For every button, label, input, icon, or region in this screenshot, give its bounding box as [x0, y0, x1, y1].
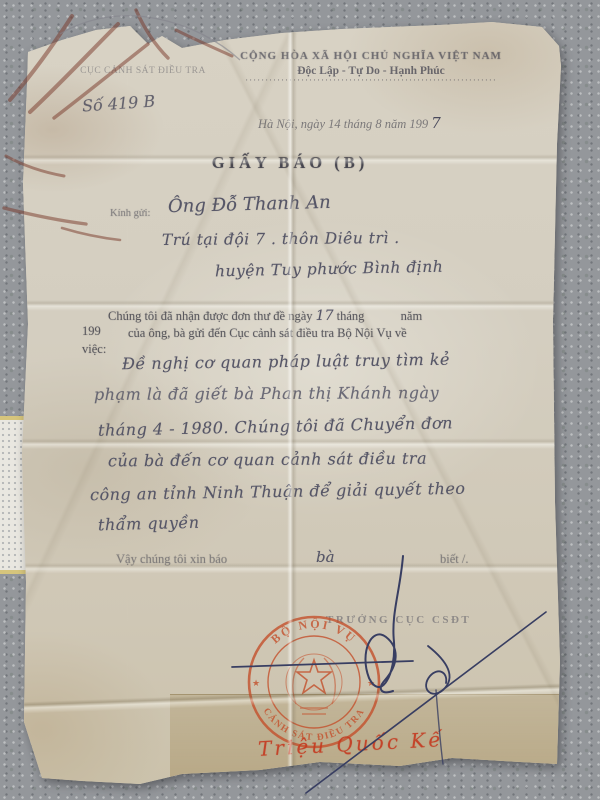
recipient-address-1: Trú tại đội 7 . thôn Diêu trì . [162, 229, 400, 249]
handwritten-line: tháng 4 - 1980. Chúng tôi đã Chuyển đơn [98, 413, 453, 439]
body-printed-line-2: của ông, bà gửi đến Cục cảnh sát điều tr… [128, 326, 407, 341]
handwritten-line: của bà đến cơ quan cảnh sát điều tra [108, 449, 427, 471]
document-number: Số 419 B [81, 91, 155, 115]
national-header: CỘNG HÒA XÃ HỘI CHỦ NGHĨA VIỆT NAM Độc L… [198, 50, 544, 85]
handwritten-line: thẩm quyền [98, 513, 200, 535]
divider-dots: ········································… [198, 75, 544, 85]
place-date-line: Hà Nội, ngày 14 tháng 8 năm 199 7 [258, 114, 441, 132]
closing-printed-1: Vậy chúng tôi xin báo [116, 552, 227, 567]
handwritten-line: công an tỉnh Ninh Thuận để giải quyết th… [90, 479, 466, 505]
stamp-star-right: ★ [367, 678, 375, 688]
body-margin-199: 199 [82, 324, 101, 339]
body-margin-viec: việc: [82, 342, 106, 357]
document-title: GIẤY BÁO (B) [20, 153, 560, 173]
handwritten-line: phạm là đã giết bà Phan thị Khánh ngày [94, 383, 439, 404]
handwritten-line: Đề nghị cơ quan pháp luật truy tìm kẻ [122, 350, 450, 374]
stamp-star-left: ★ [252, 678, 260, 688]
recipient-name: Ông Đỗ Thanh An [168, 192, 331, 217]
photo-of-document: { "document": { "header_left": { "org_li… [0, 0, 600, 800]
national-motto-line1: CỘNG HÒA XÃ HỘI CHỦ NGHĨA VIỆT NAM [198, 50, 544, 62]
closing-printed-2: biết /. [440, 552, 468, 567]
document-paper: CỤC CẢNH SÁT ĐIỀU TRA Số 419 B CỘNG HÒA … [20, 22, 563, 790]
stamp-star-emblem [297, 660, 331, 693]
recipient-label: Kính gửi: [110, 208, 150, 219]
handwritten-day: 17 [316, 308, 334, 324]
paper-wrap: CỤC CẢNH SÁT ĐIỀU TRA Số 419 B CỘNG HÒA … [0, 0, 600, 800]
svg-text:BỘ NỘI VỤ: BỘ NỘI VỤ [268, 617, 359, 646]
handwritten-year: 7 [431, 114, 441, 132]
body-printed-line-1: Chúng tôi đã nhận được đơn thư đề ngày 1… [108, 308, 422, 324]
closing-handwritten: bà [316, 548, 335, 566]
stamp-top-text: BỘ NỘI VỤ [268, 617, 359, 646]
recipient-address-2: huyện Tuy phước Bình định [215, 258, 444, 281]
